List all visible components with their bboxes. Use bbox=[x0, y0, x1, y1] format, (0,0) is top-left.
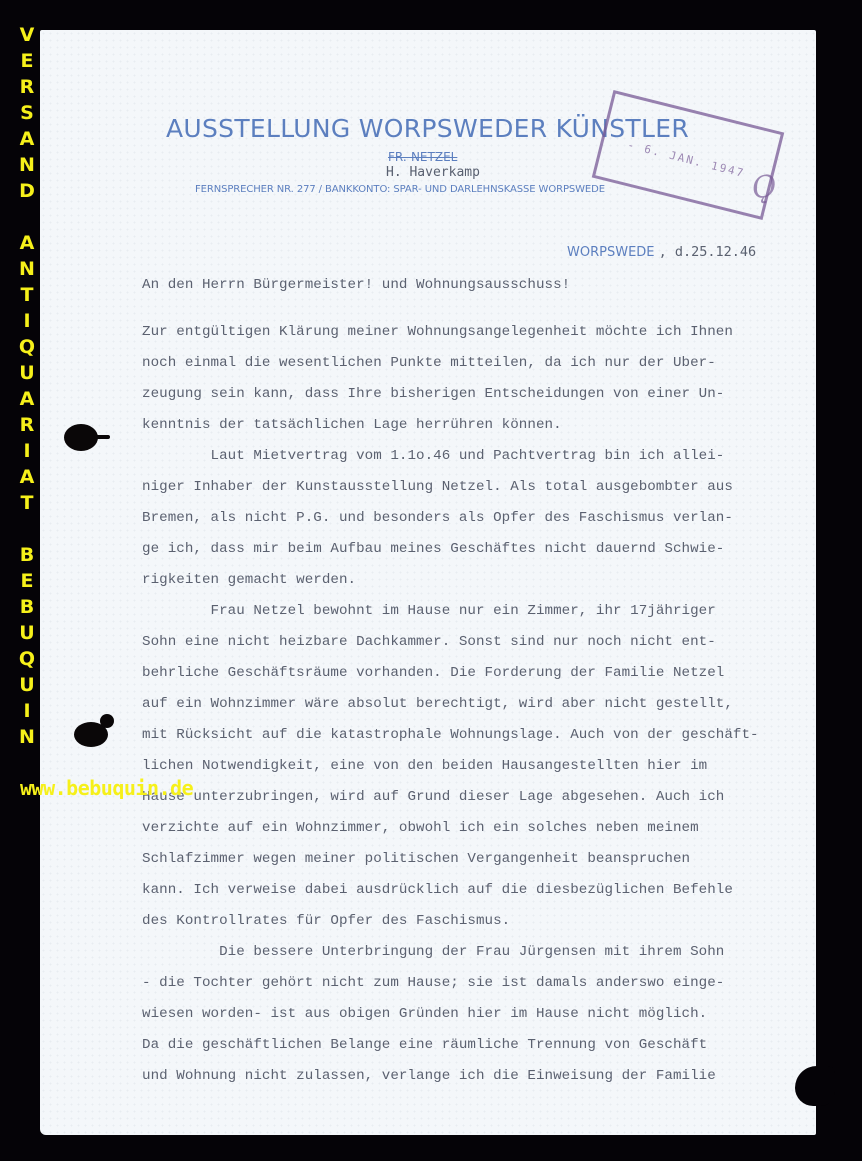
text-line: Die bessere Unterbringung der Frau Jürge… bbox=[142, 937, 822, 968]
text-line: kenntnis der tatsächlichen Lage herrühre… bbox=[142, 410, 822, 441]
text-line: und Wohnung nicht zulassen, verlange ich… bbox=[142, 1061, 822, 1092]
torn-corner bbox=[795, 1066, 835, 1106]
side-banner: VERSANDANTIQUARIATBEBUQUIN bbox=[14, 22, 40, 750]
text-line: Bremen, als nicht P.G. und besonders als… bbox=[142, 503, 822, 534]
typed-name: H. Haverkamp bbox=[386, 165, 480, 180]
banner-letter: U bbox=[19, 672, 34, 698]
banner-letter: S bbox=[20, 100, 34, 126]
banner-letter: V bbox=[20, 22, 35, 48]
text-line: Sohn eine nicht heizbare Dachkammer. Son… bbox=[142, 627, 822, 658]
banner-letter: Q bbox=[19, 334, 35, 360]
punch-hole bbox=[64, 424, 98, 451]
banner-letter: A bbox=[20, 386, 35, 412]
banner-letter: N bbox=[19, 256, 35, 282]
text-line: Schlafzimmer wegen meiner politischen Ve… bbox=[142, 844, 822, 875]
text-line: Zur entgültigen Klärung meiner Wohnungsa… bbox=[142, 317, 822, 348]
banner-letter: I bbox=[23, 698, 30, 724]
text-line: - die Tochter gehört nicht zum Hause; si… bbox=[142, 968, 822, 999]
place: WORPSWEDE bbox=[567, 245, 655, 260]
letter-body: An den Herrn Bürgermeister! und Wohnungs… bbox=[142, 270, 822, 1092]
banner-letter: R bbox=[20, 74, 35, 100]
text-line: Da die geschäftlichen Belange eine räuml… bbox=[142, 1030, 822, 1061]
text-line: mit Rücksicht auf die katastrophale Wohn… bbox=[142, 720, 822, 751]
text-line: Laut Mietvertrag vom 1.1o.46 und Pachtve… bbox=[142, 441, 822, 472]
banner-letter: B bbox=[20, 542, 34, 568]
contact-line: FERNSPRECHER NR. 277 / BANKKONTO: SPAR- … bbox=[195, 184, 605, 195]
text-line: rigkeiten gemacht werden. bbox=[142, 565, 822, 596]
banner-letter: I bbox=[23, 308, 30, 334]
banner-letter: Q bbox=[19, 646, 35, 672]
text-line: wiesen worden- ist aus obigen Gründen hi… bbox=[142, 999, 822, 1030]
text-line: niger Inhaber der Kunstausstellung Netze… bbox=[142, 472, 822, 503]
punch-hole bbox=[74, 722, 108, 747]
banner-letter: I bbox=[23, 438, 30, 464]
text-line: noch einmal die wesentlichen Punkte mitt… bbox=[142, 348, 822, 379]
letter-sheet: AUSSTELLUNG WORPSWEDER KÜNSTLER FR.-NETZ… bbox=[40, 30, 816, 1135]
banner-letter: A bbox=[20, 230, 35, 256]
salutation: An den Herrn Bürgermeister! und Wohnungs… bbox=[142, 270, 822, 301]
text-line: des Kontrollrates für Opfer des Faschism… bbox=[142, 906, 822, 937]
text-line: auf ein Wohnzimmer wäre absolut berechti… bbox=[142, 689, 822, 720]
banner-letter: A bbox=[20, 126, 35, 152]
banner-letter: T bbox=[21, 282, 34, 308]
struck-name: FR.-NETZEL bbox=[388, 150, 457, 164]
banner-letter: N bbox=[19, 152, 35, 178]
banner-letter: N bbox=[19, 724, 35, 750]
banner-letter: A bbox=[20, 464, 35, 490]
text-line: behrliche Geschäftsräume vorhanden. Die … bbox=[142, 658, 822, 689]
banner-letter: E bbox=[21, 568, 34, 594]
text-line: zeugung sein kann, dass Ihre bisherigen … bbox=[142, 379, 822, 410]
stamp-date: - 6. JAN. 1947 bbox=[626, 138, 746, 180]
banner-letter: U bbox=[19, 360, 34, 386]
text-line: Frau Netzel bewohnt im Hause nur ein Zim… bbox=[142, 596, 822, 627]
text-line: Hause unterzubringen, wird auf Grund die… bbox=[142, 782, 822, 813]
banner-letter: D bbox=[19, 178, 35, 204]
text-line: kann. Ich verweise dabei ausdrücklich au… bbox=[142, 875, 822, 906]
banner-letter: B bbox=[20, 594, 34, 620]
letter-date: , d.25.12.46 bbox=[659, 244, 757, 260]
banner-letter: U bbox=[19, 620, 34, 646]
place-date: WORPSWEDE , d.25.12.46 bbox=[567, 244, 756, 260]
handwritten-initial: Ǫ bbox=[750, 168, 779, 206]
text-line: lichen Notwendigkeit, eine von den beide… bbox=[142, 751, 822, 782]
text-line: ge ich, dass mir beim Aufbau meines Gesc… bbox=[142, 534, 822, 565]
text-line: verzichte auf ein Wohnzimmer, obwohl ich… bbox=[142, 813, 822, 844]
watermark-url: www.bebuquin.de bbox=[20, 776, 193, 800]
banner-letter: T bbox=[21, 490, 34, 516]
banner-letter: E bbox=[21, 48, 34, 74]
banner-letter: R bbox=[20, 412, 35, 438]
